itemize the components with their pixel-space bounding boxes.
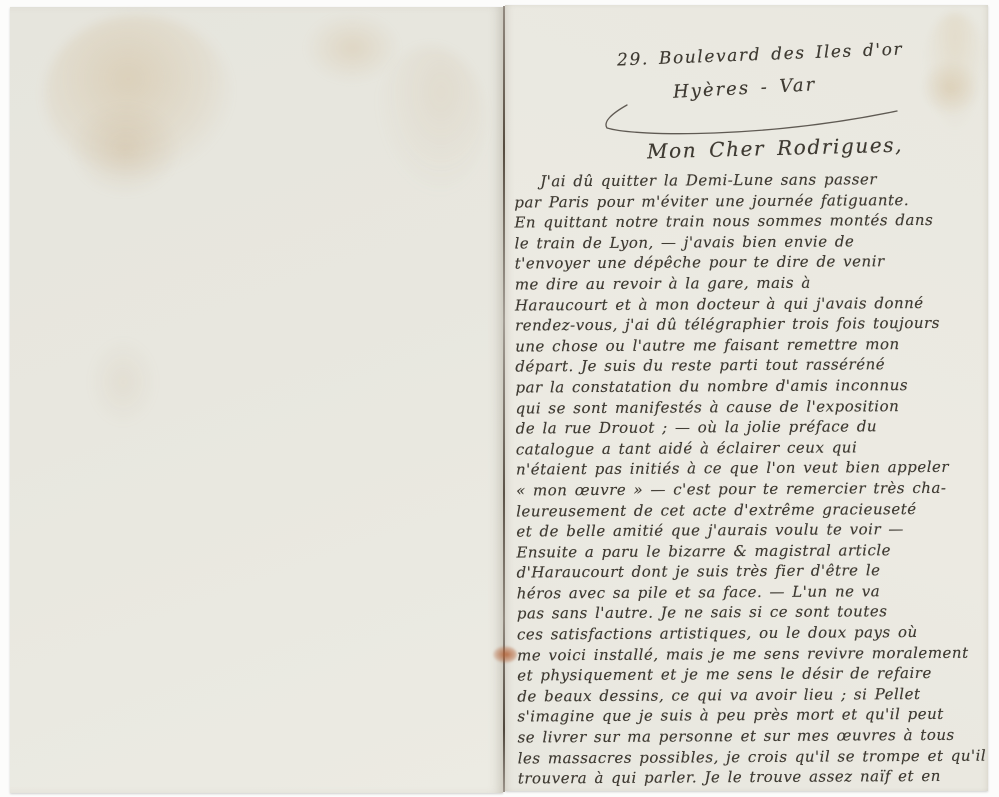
wax-seal-spot [493,646,517,663]
letter-body: J'ai dû quitter la Demi-Lune sans passer… [514,169,990,790]
letter-line: trouvera à qui parler. Je le trouve asse… [518,766,990,789]
paper-stain [375,47,485,197]
letter-line: leureusement de cet acte d'extrême graci… [516,498,988,521]
letter-line: les massacres possibles, je crois qu'il … [518,745,990,768]
letter-line: En quittant notre train nous sommes mont… [514,210,986,233]
letter-line: Haraucourt et à mon docteur à qui j'avai… [515,292,987,315]
letter-line: n'étaient pas initiés à ce que l'on veut… [516,457,988,480]
letter-line: et de belle amitié que j'aurais voulu te… [516,519,988,542]
left-blank-page [10,7,503,793]
letter-line: une chose ou l'autre me faisant remettre… [515,333,987,356]
address-line-1: 29. Boulevard des Iles d'or [617,40,904,71]
paper-stain [920,60,980,116]
letter-line: héros avec sa pile et sa face. — L'un ne… [517,580,989,603]
scanned-letter: 29. Boulevard des Iles d'or Hyères - Var… [0,0,999,797]
letter-line: par Paris pour m'éviter une journée fati… [514,189,986,212]
letter-line: ces satisfactions artistiques, ou le dou… [517,622,989,645]
paper-stain [923,13,987,133]
paper-stain [88,337,158,427]
paper-stain [45,15,230,175]
paper-stain [305,13,400,83]
letter-line: me dire au revoir à la gare, mais à [515,272,987,295]
letter-line: t'envoyer une dépêche pour te dire de ve… [515,251,987,274]
letter-line: de beaux dessins, ce qui va avoir lieu ;… [517,683,989,706]
letter-line: et physiquement et je me sens le désir d… [517,663,989,686]
letter-line: par la constatation du nombre d'amis inc… [515,374,987,397]
letter-line: me voici installé, mais je me sens reviv… [517,642,989,665]
letter-line: s'imagine que je suis à peu près mort et… [517,704,989,727]
letter-line: catalogue a tant aidé à éclairer ceux qu… [516,436,988,459]
letter-line: J'ai dû quitter la Demi-Lune sans passer [514,169,986,192]
letter-line: pas sans l'autre. Je ne sais si ce sont … [517,601,989,624]
letter-line: qui se sont manifestés à cause de l'expo… [516,395,988,418]
letter-line: de la rue Drouot ; — où la jolie préface… [516,416,988,439]
letter-line: rendez-vous, j'ai dû télégraphier trois … [515,313,987,336]
center-fold-crease [503,6,505,792]
letter-line: le train de Lyon, — j'avais bien envie d… [514,230,986,253]
letter-line: départ. Je suis du reste parti tout rass… [515,354,987,377]
right-letter-page: 29. Boulevard des Iles d'or Hyères - Var… [505,5,988,791]
paper-stain [70,102,180,197]
letter-line: Ensuite a paru le bizarre & magistral ar… [516,539,988,562]
address-line-2: Hyères - Var [673,74,817,102]
letter-line: « mon œuvre » — c'est pour te remercier … [516,477,988,500]
letter-line: se livrer sur ma personne et sur mes œuv… [518,725,990,748]
letter-line: d'Haraucourt dont je suis très fier d'êt… [517,560,989,583]
